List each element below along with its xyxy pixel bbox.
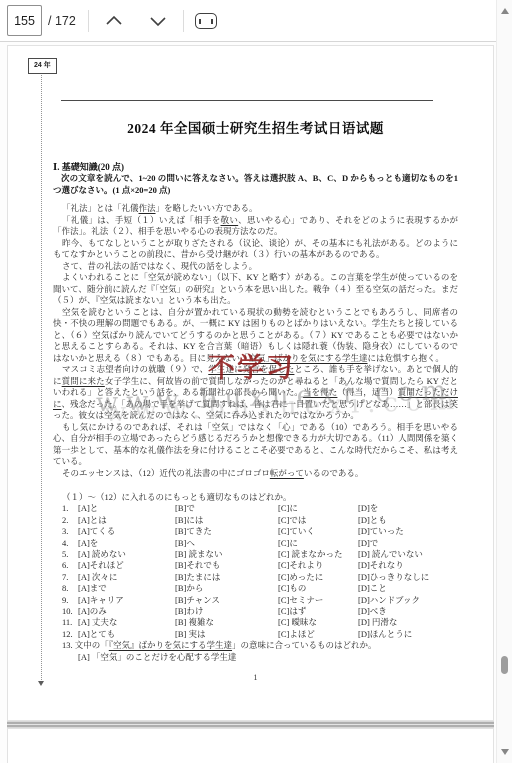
question-option-a: [A] 丈夫な (78, 617, 175, 628)
question-row: 10.[A]のみ[B]わけ[C]はず[D]べき (62, 606, 458, 617)
title-rule (61, 100, 433, 101)
question-option-a: [A]を (78, 538, 175, 549)
question-option-a: [A]キャリア (78, 595, 175, 606)
question-option-d: [D] 円滑な (358, 617, 458, 628)
question-option-c: [C]それより (278, 560, 358, 571)
question-number: 7. (62, 572, 78, 583)
question-option-a: [A] 読めない (78, 549, 175, 560)
annotation-arrow-icon (38, 681, 44, 686)
fit-to-page-icon (195, 13, 217, 29)
passage-paragraph: さて、昔の礼法の話ではなく、現代の話をしよう。 (53, 261, 458, 273)
question-option-c: [C]はず (278, 606, 358, 617)
question-option-d: [D]で (358, 538, 458, 549)
page-number-input[interactable] (7, 5, 42, 36)
question-option-d: [D]べき (358, 606, 458, 617)
passage-paragraph: よくいわれることに「空気が読めない」（以下、KY と略す）がある。この言葉を学生… (53, 272, 458, 307)
question-option-b: [B]わけ (175, 606, 278, 617)
question-number: 11. (62, 617, 78, 628)
question-row: 11.[A] 丈夫な[B] 複雑な[C] 曖昧な[D] 円滑な (62, 617, 458, 628)
question-option-a: [A]とても (78, 629, 175, 640)
question-option-b: [B]チャンス (175, 595, 278, 606)
question-option-b: [B] 複雑な (175, 617, 278, 628)
question-row: 6.[A]それほど[B]それでも[C]それより[D]それなり (62, 560, 458, 571)
question-option-b: [B] 実は (175, 629, 278, 640)
question-option-a: [A]のみ (78, 606, 175, 617)
document-viewport: 24 年 不学习 www.buxuexi.com www.buxuexi.com… (0, 42, 496, 763)
question-option-c: [C]もの (278, 583, 358, 594)
scroll-up-arrow-icon[interactable] (501, 8, 509, 14)
scrollbar-thumb[interactable] (501, 656, 508, 674)
question-option-b: [B]から (175, 583, 278, 594)
toolbar-divider (183, 10, 184, 32)
pdf-viewer: { "toolbar": { "page_input": "155", "pag… (0, 0, 512, 763)
question-option-d: [D]それなり (358, 560, 458, 571)
question-option-b: [B]それでも (175, 560, 278, 571)
passage-paragraph: 昨今、もてなしということが取りざたされる（议论、谈论）が、その基本にも礼法がある… (53, 238, 458, 261)
chevron-down-icon (147, 19, 169, 34)
question-option-c: [C]めったに (278, 572, 358, 583)
question-option-b: [B]には (175, 515, 278, 526)
year-annotation-tag: 24 年 (28, 58, 57, 74)
page-footer-number: 1 (53, 673, 458, 682)
question-option-d: [D]ハンドブック (358, 595, 458, 606)
pdf-toolbar: / 172 (0, 0, 496, 42)
question-13-stem: 13. 文中の「『空気』ばかりを気にする学生達」の意味に合っているものはどれか。 (53, 640, 458, 651)
page-gap (7, 721, 494, 728)
question-number: 8. (62, 583, 78, 594)
question-option-a: [A] 次々に (78, 572, 175, 583)
question-13-option-a: [A] 「空気」のことだけを心配する学生達 (53, 652, 458, 663)
question-row: 8.[A]まで[B]から[C]もの[D]こと (62, 583, 458, 594)
question-option-d: [D]を (358, 503, 458, 514)
scroll-down-arrow-icon[interactable] (501, 749, 509, 755)
question-row: 4.[A]を[B]へ[C]に[D]で (62, 538, 458, 549)
question-option-a: [A]と (78, 503, 175, 514)
question-number: 3. (62, 526, 78, 537)
page-content: 2024 年全国硕士研究生招生考试日语试题 Ⅰ. 基礎知識(20 点) 次の文章… (53, 96, 458, 682)
questions-intro: （１）～（12）に入れるのにもっとも適切なものはどれか。 (53, 492, 458, 503)
question-row: 3.[A]てくる[B]てきた[C]ていく[D]ていった (62, 526, 458, 537)
question-row: 2.[A]とは[B]には[C]では[D]とも (62, 515, 458, 526)
question-number: 10. (62, 606, 78, 617)
annotation-leader-line (41, 75, 42, 682)
passage-paragraph: そのエッセンスは、（12）近代の礼法書の中にゴロゴロ転がっているのである。 (53, 468, 458, 480)
question-number: 1. (62, 503, 78, 514)
page-total-label: / 172 (48, 0, 76, 42)
passage-paragraph: 「礼儀」は、手短（１）いえば「相手を敬い、思いやる心」であり、それをどのように表… (53, 215, 458, 238)
question-number: 5. (62, 549, 78, 560)
question-row: 9.[A]キャリア[B]チャンス[C]セミナー[D]ハンドブック (62, 595, 458, 606)
passage: 「礼法」とは「礼儀作法」を略したいい方である。「礼儀」は、手短（１）いえば「相手… (53, 203, 458, 479)
question-option-b: [B]てきた (175, 526, 278, 537)
question-option-a: [A]それほど (78, 560, 175, 571)
question-option-d: [D] 読んでいない (358, 549, 458, 560)
question-number: 9. (62, 595, 78, 606)
pdf-page-1: 24 年 不学习 www.buxuexi.com www.buxuexi.com… (7, 45, 494, 721)
question-number: 6. (62, 560, 78, 571)
question-number: 4. (62, 538, 78, 549)
next-page-button[interactable] (147, 11, 169, 31)
question-option-c: [C]に (278, 503, 358, 514)
question-option-b: [B]たまには (175, 572, 278, 583)
section-instructions: 次の文章を読んで、1~20 の問いに答えなさい。答えは選択肢 A、B、C、D か… (53, 173, 458, 196)
passage-paragraph: マスコミ志望者向けの就職（９）で、学生達に発言を促したところ、誰も手を挙げない。… (53, 364, 458, 422)
question-option-b: [B]へ (175, 538, 278, 549)
previous-page-button[interactable] (103, 11, 125, 31)
question-row: 12.[A]とても[B] 実は[C]よほど[D]ほんとうに (62, 629, 458, 640)
question-option-c: [C] 曖昧な (278, 617, 358, 628)
questions-list: 1.[A]と[B]で[C]に[D]を2.[A]とは[B]には[C]では[D]とも… (53, 503, 458, 640)
vertical-scrollbar[interactable] (496, 0, 512, 763)
question-option-c: [C]では (278, 515, 358, 526)
passage-paragraph: 「礼法」とは「礼儀作法」を略したいい方である。 (53, 203, 458, 215)
question-option-d: [D]ていった (358, 526, 458, 537)
question-option-b: [B] 読まない (175, 549, 278, 560)
question-option-c: [C]に (278, 538, 358, 549)
question-option-c: [C]ていく (278, 526, 358, 537)
pdf-page-2 (7, 728, 494, 763)
question-number: 12. (62, 629, 78, 640)
question-option-d: [D]こと (358, 583, 458, 594)
document-title: 2024 年全国硕士研究生招生考试日语试题 (53, 120, 458, 138)
question-option-d: [D]ほんとうに (358, 629, 458, 640)
question-row: 5.[A] 読めない[B] 読まない[C] 読まなかった[D] 読んでいない (62, 549, 458, 560)
question-option-c: [C]よほど (278, 629, 358, 640)
question-option-b: [B]で (175, 503, 278, 514)
question-row: 1.[A]と[B]で[C]に[D]を (62, 503, 458, 514)
question-row: 7.[A] 次々に[B]たまには[C]めったに[D]ひっきりなしに (62, 572, 458, 583)
passage-paragraph: 空気を読むということは、自分が置かれている現状の動勢を読むということでもあろうし… (53, 307, 458, 365)
question-option-c: [C]セミナー (278, 595, 358, 606)
section-heading: Ⅰ. 基礎知識(20 点) (53, 162, 458, 172)
question-option-d: [D]とも (358, 515, 458, 526)
question-number: 2. (62, 515, 78, 526)
question-option-a: [A]まで (78, 583, 175, 594)
question-option-a: [A]てくる (78, 526, 175, 537)
passage-paragraph: もし気にかけるのであれば、それは「空気」ではなく「心」である（10）であろう。相… (53, 422, 458, 468)
question-option-d: [D]ひっきりなしに (358, 572, 458, 583)
toolbar-divider (88, 10, 89, 32)
question-option-a: [A]とは (78, 515, 175, 526)
fit-to-page-button[interactable] (195, 12, 218, 30)
chevron-up-icon (103, 19, 125, 34)
question-option-c: [C] 読まなかった (278, 549, 358, 560)
